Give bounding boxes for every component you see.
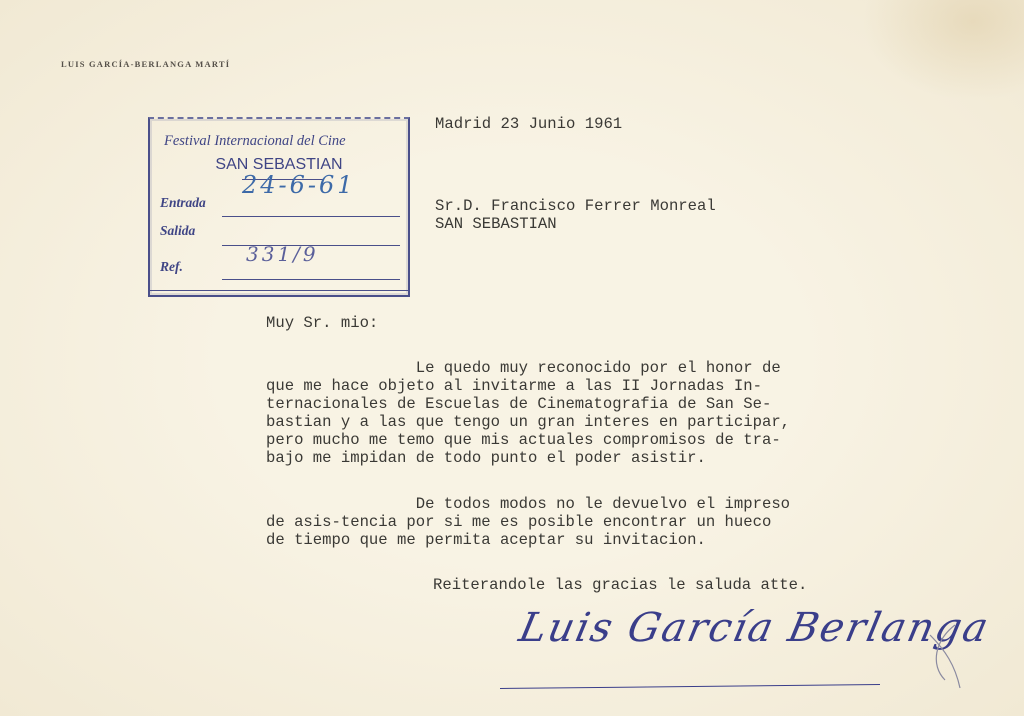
stamp-ref-value: 331/9	[246, 242, 319, 266]
letterhead-name: LUIS GARCÍA-BERLANGA MARTÍ	[61, 59, 230, 69]
festival-receipt-stamp: Festival Internacional del Cine SAN SEBA…	[148, 117, 410, 297]
salutation: Muy Sr. mio:	[266, 315, 378, 333]
paragraph-line: bajo me impidan de todo punto el poder a…	[266, 450, 706, 468]
signature-flourish-icon	[925, 620, 965, 690]
handwritten-signature: Luis García Berlanga	[515, 605, 994, 651]
letter-date: Madrid 23 Junio 1961	[435, 116, 622, 134]
paragraph-line: de asis-tencia por si me es posible enco…	[266, 514, 771, 532]
paragraph-line: que me hace objeto al invitarme a las II…	[266, 378, 762, 396]
stamp-title-festival: Festival Internacional del Cine	[164, 133, 346, 150]
paragraph-line: De todos modos no le devuelvo el impreso	[266, 496, 790, 514]
recipient-name: Sr.D. Francisco Ferrer Monreal	[435, 198, 716, 216]
stamp-ref-label: Ref.	[160, 259, 183, 275]
paragraph-line: pero mucho me temo que mis actuales comp…	[266, 432, 781, 450]
paragraph-line: de tiempo que me permita aceptar su invi…	[266, 532, 706, 550]
paragraph-line: bastian y a las que tengo un gran intere…	[266, 414, 790, 432]
stamp-bottom-border	[150, 290, 408, 291]
stamp-entrada-line	[222, 216, 400, 217]
paragraph-line: ternacionales de Escuelas de Cinematogra…	[266, 396, 771, 414]
stamp-entrada-label: Entrada	[160, 195, 206, 211]
stamp-ref-line	[222, 279, 400, 280]
signature-underline	[500, 684, 880, 689]
paragraph-line: Le quedo muy reconocido por el honor de	[266, 360, 781, 378]
recipient-city: SAN SEBASTIAN	[435, 216, 557, 234]
stamp-entrada-value: 24-6-61	[242, 171, 356, 199]
closing-line: Reiterandole las gracias le saluda atte.	[433, 577, 807, 595]
stamp-salida-label: Salida	[160, 223, 195, 239]
